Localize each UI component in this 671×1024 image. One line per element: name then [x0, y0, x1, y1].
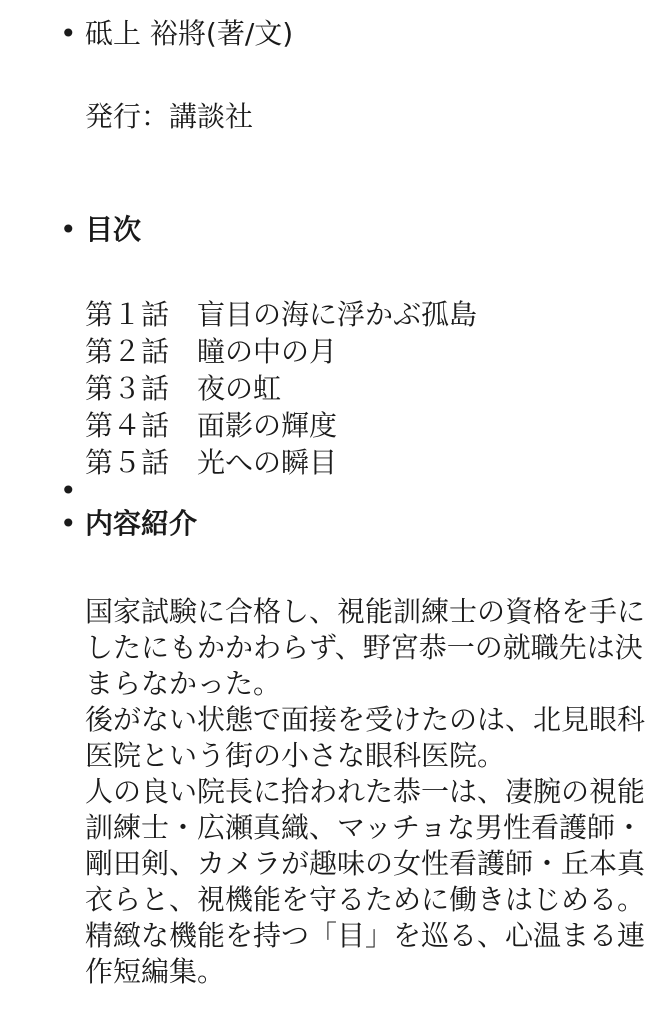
chapter-item-2: 第２話 瞳の中の月: [85, 333, 671, 370]
book-detail-list: • 砥上 裕將(著/文) 発行：講談社 • 目次 第１話 盲目の海に浮かぶ孤島 …: [0, 15, 671, 990]
intro-paragraph-1: 国家試験に合格し、視能訓練士の資格を手にしたにもかかわらず、野宮恭一の就職先は決…: [85, 594, 653, 702]
list-item-intro: • 内容紹介 国家試験に合格し、視能訓練士の資格を手にしたにもかかわらず、野宮恭…: [0, 505, 671, 990]
intro-paragraph-3: 人の良い院長に拾われた恭一は、凄腕の視能訓練士・広瀬真織、マッチョな男性看護師・…: [85, 774, 653, 918]
book-detail-page: • 砥上 裕將(著/文) 発行：講談社 • 目次 第１話 盲目の海に浮かぶ孤島 …: [0, 0, 671, 990]
bullet-icon: •: [60, 15, 82, 52]
author-line: 砥上 裕將(著/文): [85, 15, 671, 52]
chapter-item-4: 第４話 面影の輝度: [85, 407, 671, 444]
intro-paragraph-2: 後がない状態で面接を受けたのは、北見眼科医院という街の小さな眼科医院。: [85, 702, 653, 774]
chapter-item-3: 第３話 夜の虹: [85, 370, 671, 407]
bullet-icon: •: [60, 211, 82, 248]
publisher-line: 発行：講談社: [85, 98, 671, 135]
list-item-empty: •: [0, 481, 671, 501]
chapter-item-1: 第１話 盲目の海に浮かぶ孤島: [85, 296, 671, 333]
list-item-author: • 砥上 裕將(著/文) 発行：講談社: [0, 15, 671, 135]
bullet-icon: •: [60, 505, 82, 542]
toc-heading: 目次: [85, 211, 671, 248]
intro-paragraphs: 国家試験に合格し、視能訓練士の資格を手にしたにもかかわらず、野宮恭一の就職先は決…: [85, 594, 653, 990]
chapter-list: 第１話 盲目の海に浮かぶ孤島 第２話 瞳の中の月 第３話 夜の虹 第４話 面影の…: [85, 296, 671, 481]
list-item-toc: • 目次 第１話 盲目の海に浮かぶ孤島 第２話 瞳の中の月 第３話 夜の虹 第４…: [0, 211, 671, 481]
bullet-icon: •: [60, 481, 82, 501]
intro-paragraph-4: 精緻な機能を持つ「目」を巡る、心温まる連作短編集。: [85, 918, 653, 990]
chapter-item-5: 第５話 光への瞬目: [85, 444, 671, 481]
intro-heading: 内容紹介: [85, 505, 671, 542]
